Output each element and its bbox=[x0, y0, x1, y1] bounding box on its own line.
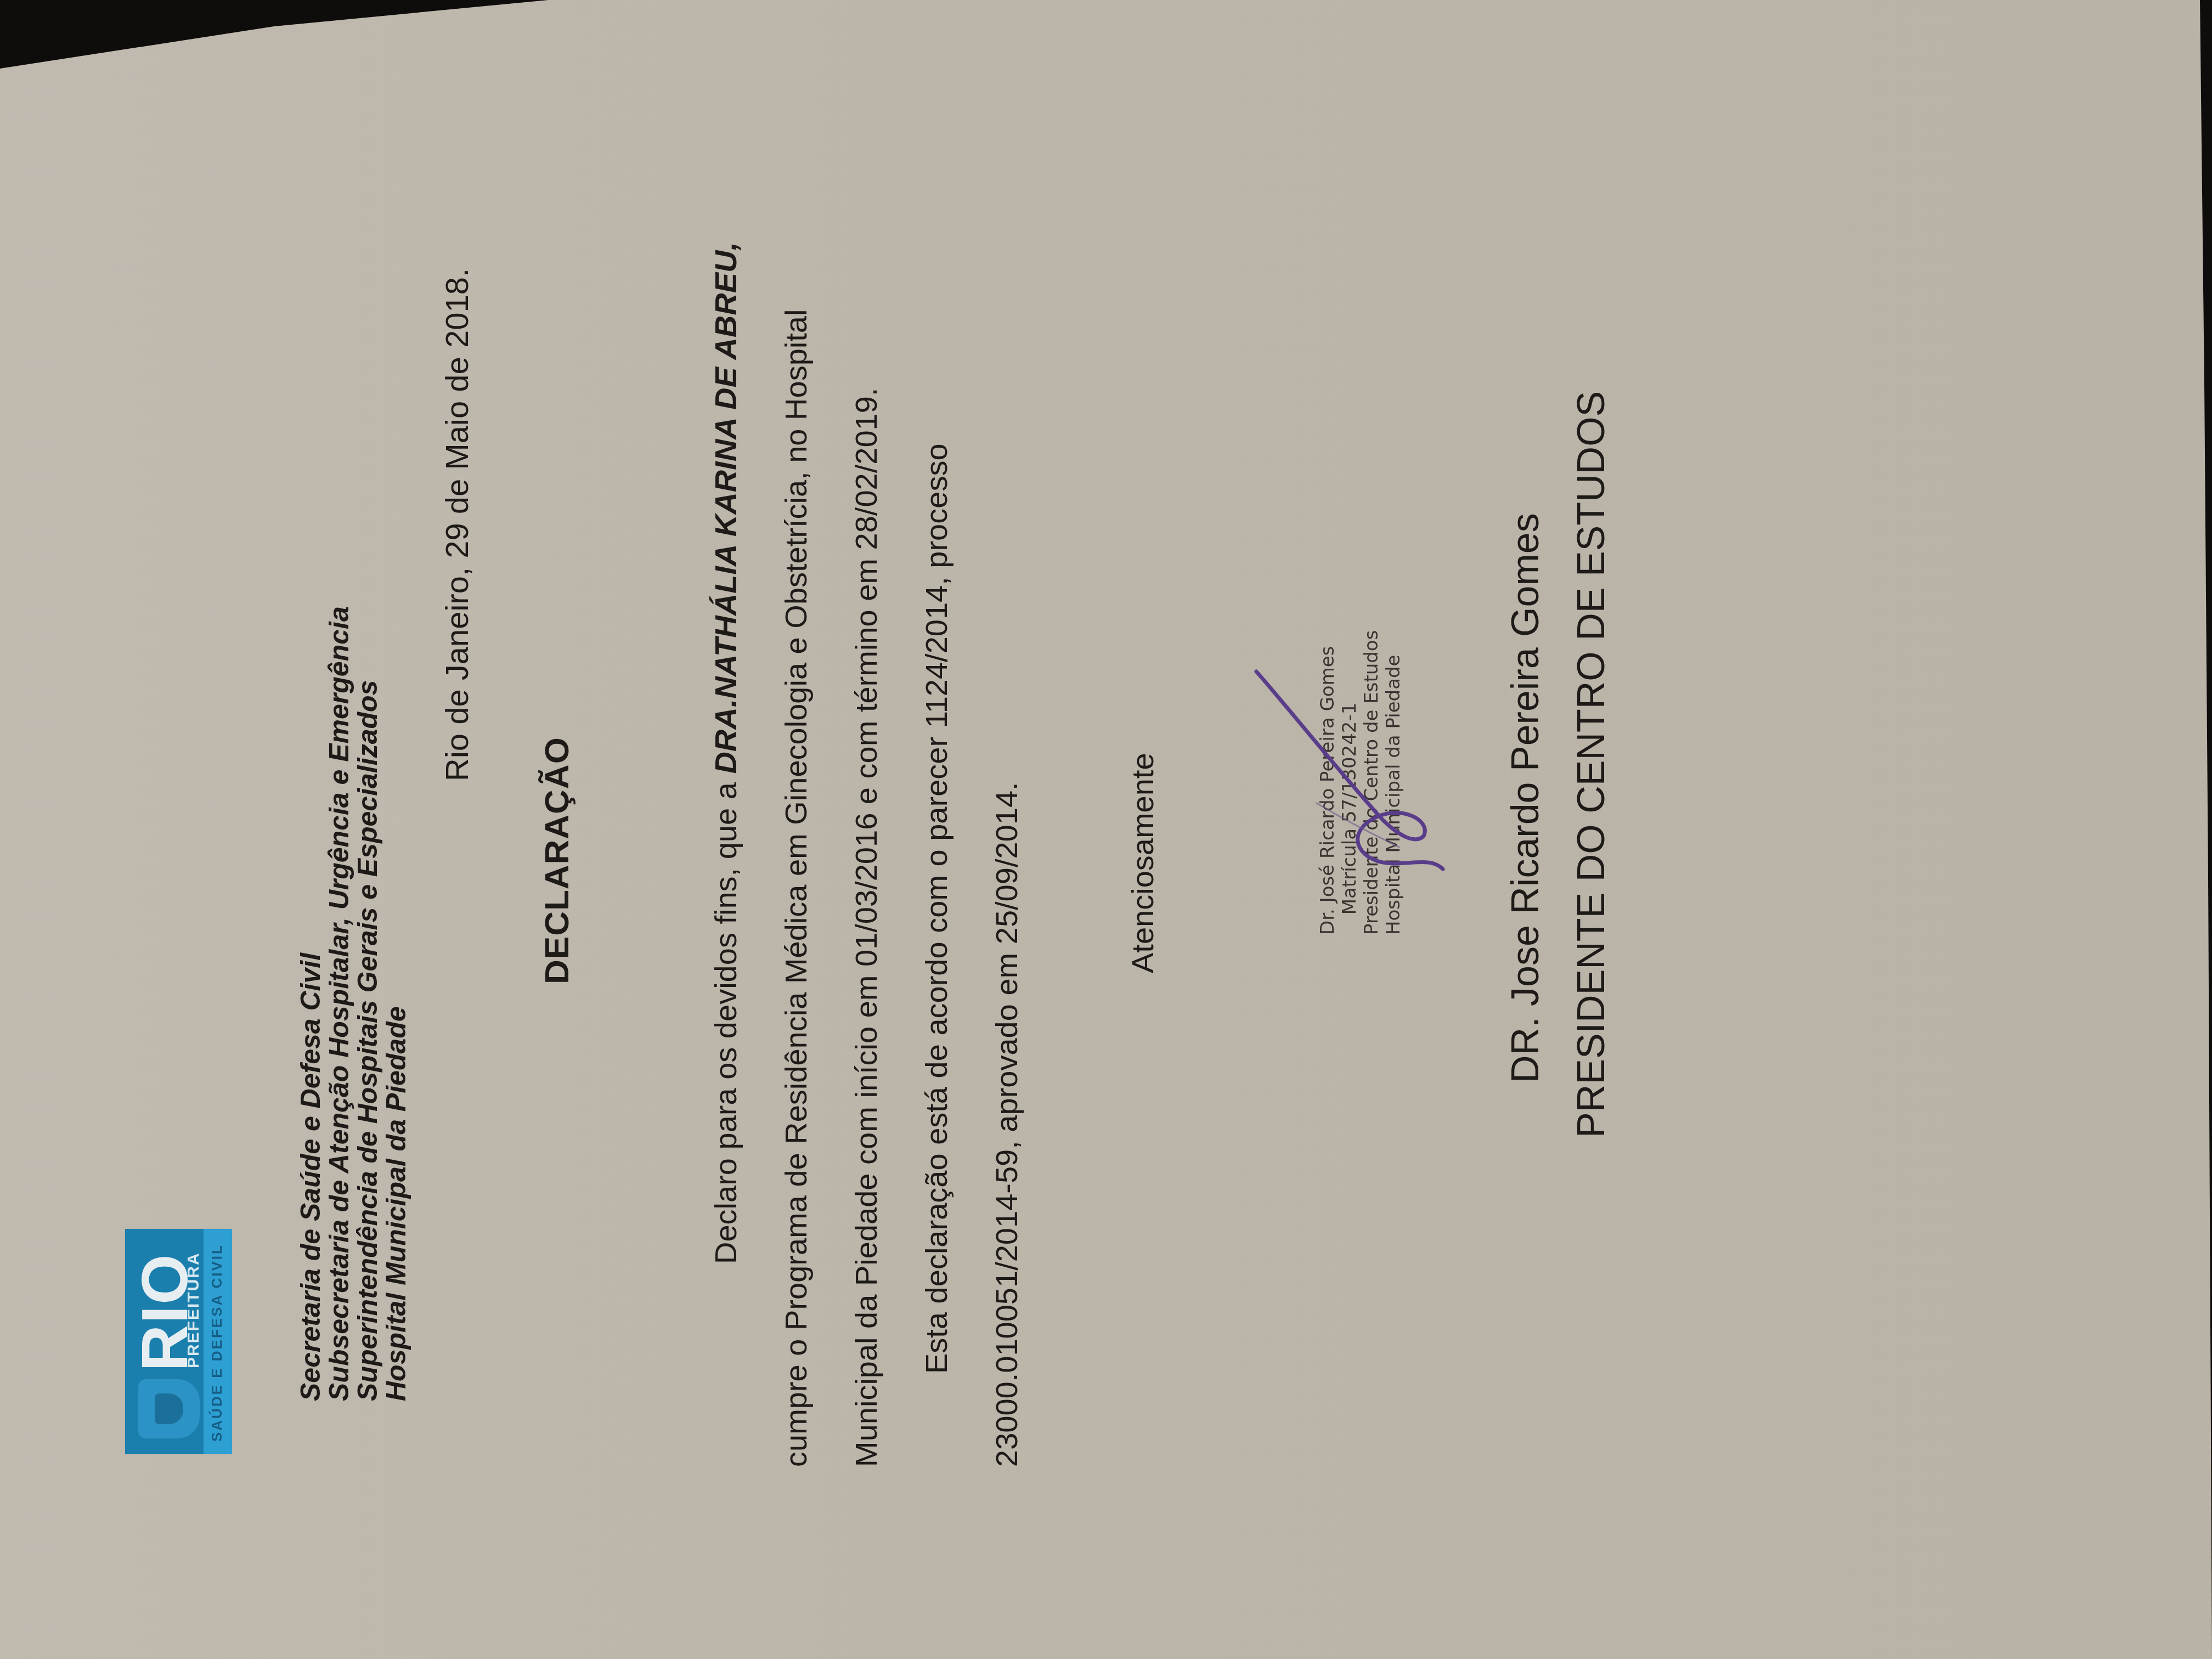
logo-department: SAÚDE E DEFESA CIVIL bbox=[208, 1244, 225, 1442]
coat-of-arms-icon bbox=[138, 1379, 200, 1438]
declaration-intro: Declaro para os devidos fins, que a bbox=[708, 774, 743, 1264]
header-line: Superintendência de Hospitais Gerais e E… bbox=[353, 606, 382, 1401]
document-title: DECLARAÇÃO bbox=[538, 737, 577, 984]
closing-salutation: Atenciosamente bbox=[1125, 753, 1160, 973]
paragraph-1-line-2: cumpre o Programa de Residência Médica e… bbox=[778, 309, 814, 1467]
paragraph-1-line-1: Declaro para os devidos fins, que a DRA.… bbox=[708, 242, 743, 1264]
resident-name: DRA.NATHÁLIA KARINA DE ABREU, bbox=[708, 242, 743, 774]
rio-prefeitura-logo: RIO PREFEITURA SAÚDE E DEFESA CIVIL bbox=[125, 1229, 232, 1454]
header-line: Secretaria de Saúde e Defesa Civil bbox=[296, 606, 325, 1401]
date-line: Rio de Janeiro, 29 de Maio de 2018. bbox=[439, 268, 476, 781]
logo-subtitle: PREFEITURA bbox=[184, 1252, 203, 1368]
signatory-role: PRESIDENTE DO CENTRO DE ESTUDOS bbox=[1569, 391, 1613, 1138]
paragraph-2-line-2: 23000.010051/2014-59, aprovado em 25/09/… bbox=[989, 782, 1024, 1467]
paragraph-1-line-3: Municipal da Piedade com início em 01/03… bbox=[848, 388, 884, 1467]
handwritten-signature-icon bbox=[1234, 617, 1465, 1001]
logo-band: SAÚDE E DEFESA CIVIL bbox=[204, 1229, 232, 1454]
header-line: Hospital Municipal da Piedade bbox=[382, 606, 410, 1401]
institution-header: Secretaria de Saúde e Defesa Civil Subse… bbox=[296, 606, 410, 1401]
declaration-document: RIO PREFEITURA SAÚDE E DEFESA CIVIL Secr… bbox=[0, 0, 2212, 1659]
header-line: Subsecretaria de Atenção Hospitalar, Urg… bbox=[325, 606, 353, 1401]
signatory-name: DR. Jose Ricardo Pereira Gomes bbox=[1503, 513, 1547, 1083]
paragraph-2-line-1: Esta declaração está de acordo com o par… bbox=[918, 443, 954, 1374]
